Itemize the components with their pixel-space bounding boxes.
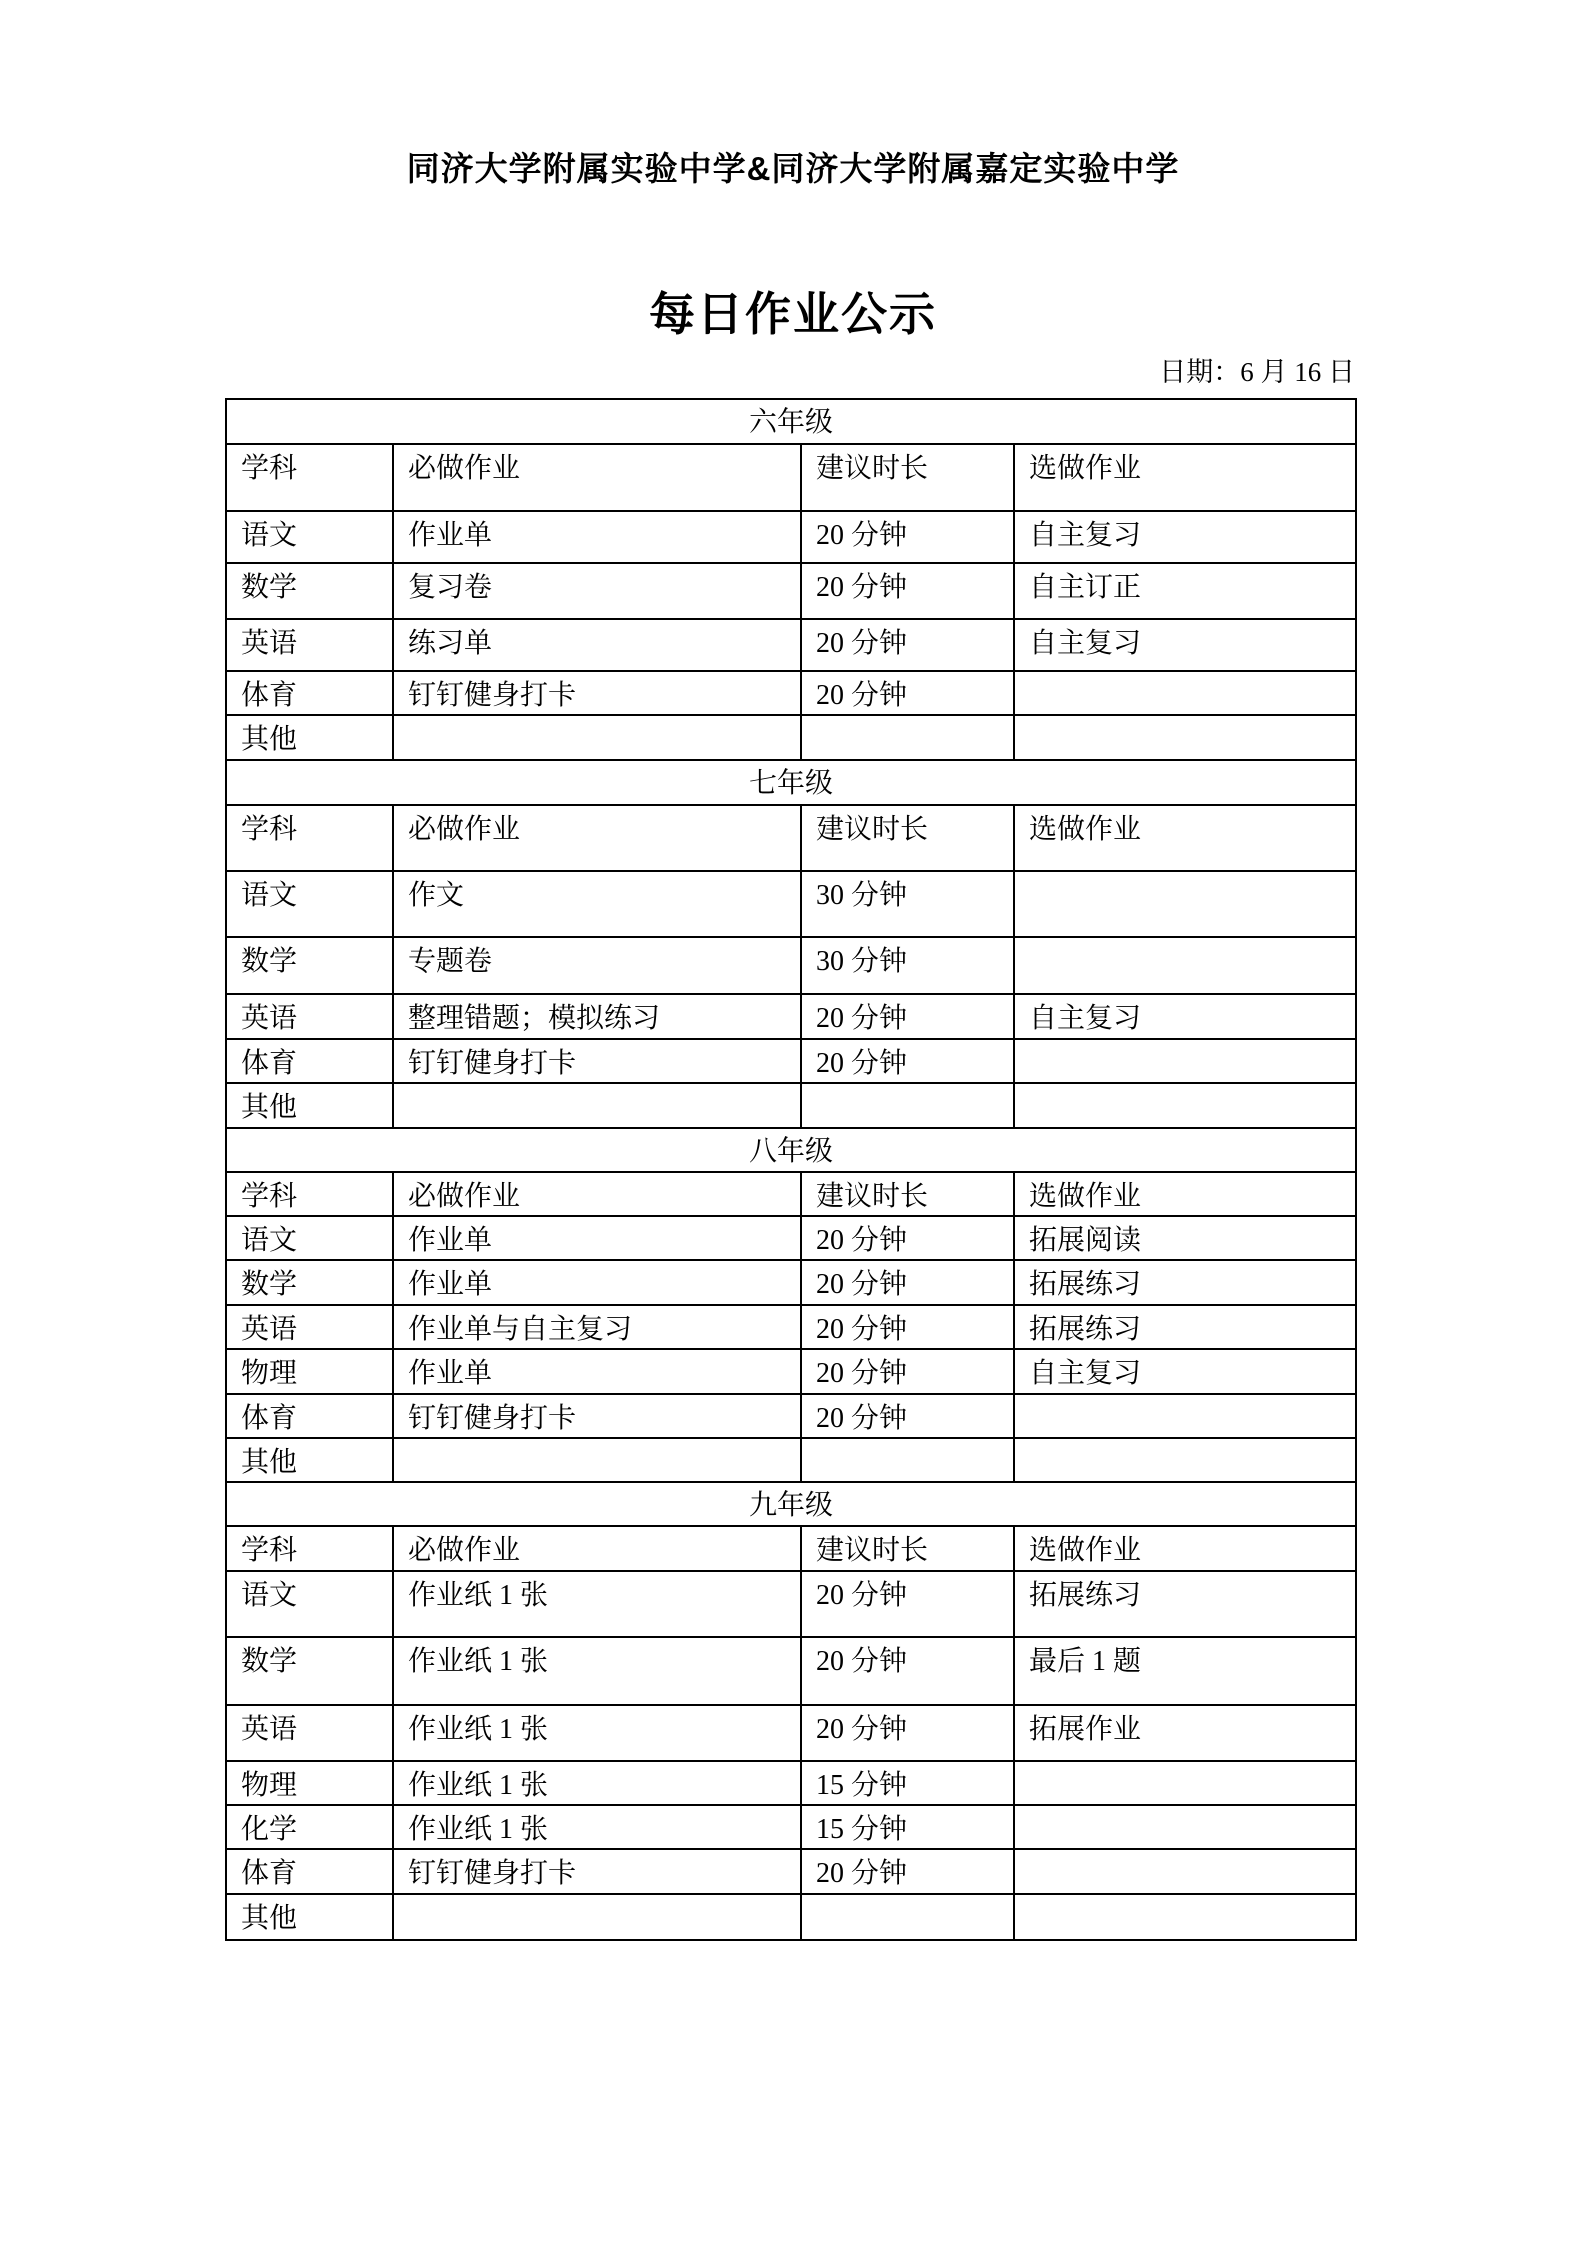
required-cell: 钉钉健身打卡 [393, 1039, 801, 1083]
document-page: 同济大学附属实验中学&同济大学附属嘉定实验中学 每日作业公示 日期：6 月 16… [0, 0, 1586, 2245]
table-row: 物理作业纸 1 张15 分钟 [226, 1761, 1356, 1805]
optional-cell [1014, 1805, 1356, 1849]
duration-cell: 15 分钟 [801, 1761, 1014, 1805]
subject-cell: 英语 [226, 619, 393, 671]
grade-section-header: 九年级 [226, 1482, 1356, 1526]
grade-section-row: 九年级 [226, 1482, 1356, 1526]
column-header-row: 学科必做作业建议时长选做作业 [226, 1526, 1356, 1570]
duration-cell: 20 分钟 [801, 1571, 1014, 1637]
optional-cell: 拓展练习 [1014, 1571, 1356, 1637]
table-row: 化学作业纸 1 张15 分钟 [226, 1805, 1356, 1849]
table-row: 其他 [226, 715, 1356, 759]
subject-cell: 语文 [226, 511, 393, 563]
table-row: 英语练习单20 分钟自主复习 [226, 619, 1356, 671]
subject-cell: 数学 [226, 1260, 393, 1304]
optional-cell [1014, 715, 1356, 759]
subject-cell: 其他 [226, 715, 393, 759]
subject-cell: 英语 [226, 1305, 393, 1349]
subject-cell: 语文 [226, 1216, 393, 1260]
grade-section-row: 七年级 [226, 760, 1356, 805]
duration-cell [801, 1438, 1014, 1482]
table-row: 其他 [226, 1083, 1356, 1127]
optional-cell [1014, 1438, 1356, 1482]
required-cell: 钉钉健身打卡 [393, 1849, 801, 1893]
page-title: 同济大学附属实验中学&同济大学附属嘉定实验中学 [0, 143, 1586, 190]
required-cell: 作业纸 1 张 [393, 1705, 801, 1761]
required-cell: 作文 [393, 871, 801, 937]
column-header: 必做作业 [393, 1172, 801, 1216]
optional-cell: 最后 1 题 [1014, 1637, 1356, 1705]
column-header: 必做作业 [393, 444, 801, 511]
subject-cell: 物理 [226, 1349, 393, 1393]
duration-cell: 20 分钟 [801, 671, 1014, 715]
homework-table: 六年级学科必做作业建议时长选做作业语文作业单20 分钟自主复习数学复习卷20 分… [225, 398, 1357, 1941]
optional-cell: 自主订正 [1014, 563, 1356, 619]
table-row: 语文作业单20 分钟拓展阅读 [226, 1216, 1356, 1260]
optional-cell [1014, 1894, 1356, 1940]
duration-cell [801, 715, 1014, 759]
optional-cell [1014, 1083, 1356, 1127]
duration-cell [801, 1083, 1014, 1127]
table-row: 语文作业纸 1 张20 分钟拓展练习 [226, 1571, 1356, 1637]
optional-cell [1014, 1394, 1356, 1438]
required-cell: 作业单 [393, 511, 801, 563]
optional-cell [1014, 1849, 1356, 1893]
subject-cell: 化学 [226, 1805, 393, 1849]
duration-cell: 20 分钟 [801, 563, 1014, 619]
duration-cell: 30 分钟 [801, 871, 1014, 937]
table-row: 其他 [226, 1894, 1356, 1940]
subject-cell: 语文 [226, 1571, 393, 1637]
optional-cell: 拓展作业 [1014, 1705, 1356, 1761]
column-header: 选做作业 [1014, 1526, 1356, 1570]
required-cell: 作业纸 1 张 [393, 1571, 801, 1637]
subject-cell: 数学 [226, 937, 393, 994]
column-header-row: 学科必做作业建议时长选做作业 [226, 1172, 1356, 1216]
column-header: 选做作业 [1014, 805, 1356, 871]
column-header: 学科 [226, 444, 393, 511]
grade-section-row: 八年级 [226, 1128, 1356, 1172]
duration-cell [801, 1894, 1014, 1940]
table-row: 数学专题卷30 分钟 [226, 937, 1356, 994]
subject-cell: 数学 [226, 1637, 393, 1705]
required-cell: 整理错题；模拟练习 [393, 994, 801, 1039]
optional-cell [1014, 937, 1356, 994]
duration-cell: 30 分钟 [801, 937, 1014, 994]
required-cell: 作业单与自主复习 [393, 1305, 801, 1349]
table-row: 数学复习卷20 分钟自主订正 [226, 563, 1356, 619]
optional-cell: 拓展阅读 [1014, 1216, 1356, 1260]
required-cell [393, 715, 801, 759]
required-cell [393, 1083, 801, 1127]
duration-cell: 20 分钟 [801, 1637, 1014, 1705]
table-row: 语文作文30 分钟 [226, 871, 1356, 937]
table-row: 其他 [226, 1438, 1356, 1482]
column-header-row: 学科必做作业建议时长选做作业 [226, 805, 1356, 871]
optional-cell: 自主复习 [1014, 1349, 1356, 1393]
optional-cell [1014, 871, 1356, 937]
column-header: 学科 [226, 805, 393, 871]
date-label: 日期：6 月 16 日 [225, 350, 1355, 389]
duration-cell: 20 分钟 [801, 994, 1014, 1039]
subject-cell: 语文 [226, 871, 393, 937]
duration-cell: 20 分钟 [801, 1849, 1014, 1893]
duration-cell: 20 分钟 [801, 1039, 1014, 1083]
required-cell: 作业纸 1 张 [393, 1805, 801, 1849]
column-header: 建议时长 [801, 805, 1014, 871]
optional-cell [1014, 671, 1356, 715]
table-row: 体育钉钉健身打卡20 分钟 [226, 1394, 1356, 1438]
subject-cell: 体育 [226, 1039, 393, 1083]
subject-cell: 其他 [226, 1438, 393, 1482]
table-row: 英语作业单与自主复习20 分钟拓展练习 [226, 1305, 1356, 1349]
table-row: 物理作业单20 分钟自主复习 [226, 1349, 1356, 1393]
column-header: 学科 [226, 1526, 393, 1570]
table-row: 数学作业纸 1 张20 分钟最后 1 题 [226, 1637, 1356, 1705]
required-cell: 作业单 [393, 1216, 801, 1260]
table-row: 体育钉钉健身打卡20 分钟 [226, 671, 1356, 715]
subject-cell: 其他 [226, 1083, 393, 1127]
optional-cell: 自主复习 [1014, 994, 1356, 1039]
duration-cell: 20 分钟 [801, 1305, 1014, 1349]
duration-cell: 20 分钟 [801, 619, 1014, 671]
optional-cell: 拓展练习 [1014, 1305, 1356, 1349]
table-row: 英语整理错题；模拟练习20 分钟自主复习 [226, 994, 1356, 1039]
required-cell: 作业单 [393, 1260, 801, 1304]
column-header: 必做作业 [393, 1526, 801, 1570]
column-header: 必做作业 [393, 805, 801, 871]
grade-section-header: 六年级 [226, 399, 1356, 444]
duration-cell: 20 分钟 [801, 1705, 1014, 1761]
optional-cell: 自主复习 [1014, 511, 1356, 563]
grade-section-row: 六年级 [226, 399, 1356, 444]
duration-cell: 20 分钟 [801, 1260, 1014, 1304]
table-row: 体育钉钉健身打卡20 分钟 [226, 1849, 1356, 1893]
homework-table-body: 六年级学科必做作业建议时长选做作业语文作业单20 分钟自主复习数学复习卷20 分… [226, 399, 1356, 1940]
required-cell: 专题卷 [393, 937, 801, 994]
table-row: 体育钉钉健身打卡20 分钟 [226, 1039, 1356, 1083]
required-cell: 钉钉健身打卡 [393, 671, 801, 715]
required-cell: 练习单 [393, 619, 801, 671]
column-header: 建议时长 [801, 1172, 1014, 1216]
duration-cell: 15 分钟 [801, 1805, 1014, 1849]
required-cell: 复习卷 [393, 563, 801, 619]
required-cell [393, 1438, 801, 1482]
column-header-row: 学科必做作业建议时长选做作业 [226, 444, 1356, 511]
table-row: 语文作业单20 分钟自主复习 [226, 511, 1356, 563]
column-header: 选做作业 [1014, 444, 1356, 511]
optional-cell [1014, 1761, 1356, 1805]
duration-cell: 20 分钟 [801, 1349, 1014, 1393]
optional-cell [1014, 1039, 1356, 1083]
required-cell [393, 1894, 801, 1940]
duration-cell: 20 分钟 [801, 511, 1014, 563]
table-row: 数学作业单20 分钟拓展练习 [226, 1260, 1356, 1304]
subject-cell: 体育 [226, 671, 393, 715]
column-header: 建议时长 [801, 444, 1014, 511]
required-cell: 作业纸 1 张 [393, 1637, 801, 1705]
required-cell: 作业单 [393, 1349, 801, 1393]
duration-cell: 20 分钟 [801, 1394, 1014, 1438]
table-row: 英语作业纸 1 张20 分钟拓展作业 [226, 1705, 1356, 1761]
optional-cell: 自主复习 [1014, 619, 1356, 671]
subject-cell: 其他 [226, 1894, 393, 1940]
subject-cell: 体育 [226, 1849, 393, 1893]
subject-cell: 数学 [226, 563, 393, 619]
duration-cell: 20 分钟 [801, 1216, 1014, 1260]
subject-cell: 体育 [226, 1394, 393, 1438]
column-header: 建议时长 [801, 1526, 1014, 1570]
column-header: 选做作业 [1014, 1172, 1356, 1216]
column-header: 学科 [226, 1172, 393, 1216]
required-cell: 作业纸 1 张 [393, 1761, 801, 1805]
subject-cell: 物理 [226, 1761, 393, 1805]
optional-cell: 拓展练习 [1014, 1260, 1356, 1304]
subject-cell: 英语 [226, 994, 393, 1039]
page-subtitle: 每日作业公示 [0, 278, 1586, 344]
subject-cell: 英语 [226, 1705, 393, 1761]
grade-section-header: 八年级 [226, 1128, 1356, 1172]
required-cell: 钉钉健身打卡 [393, 1394, 801, 1438]
grade-section-header: 七年级 [226, 760, 1356, 805]
